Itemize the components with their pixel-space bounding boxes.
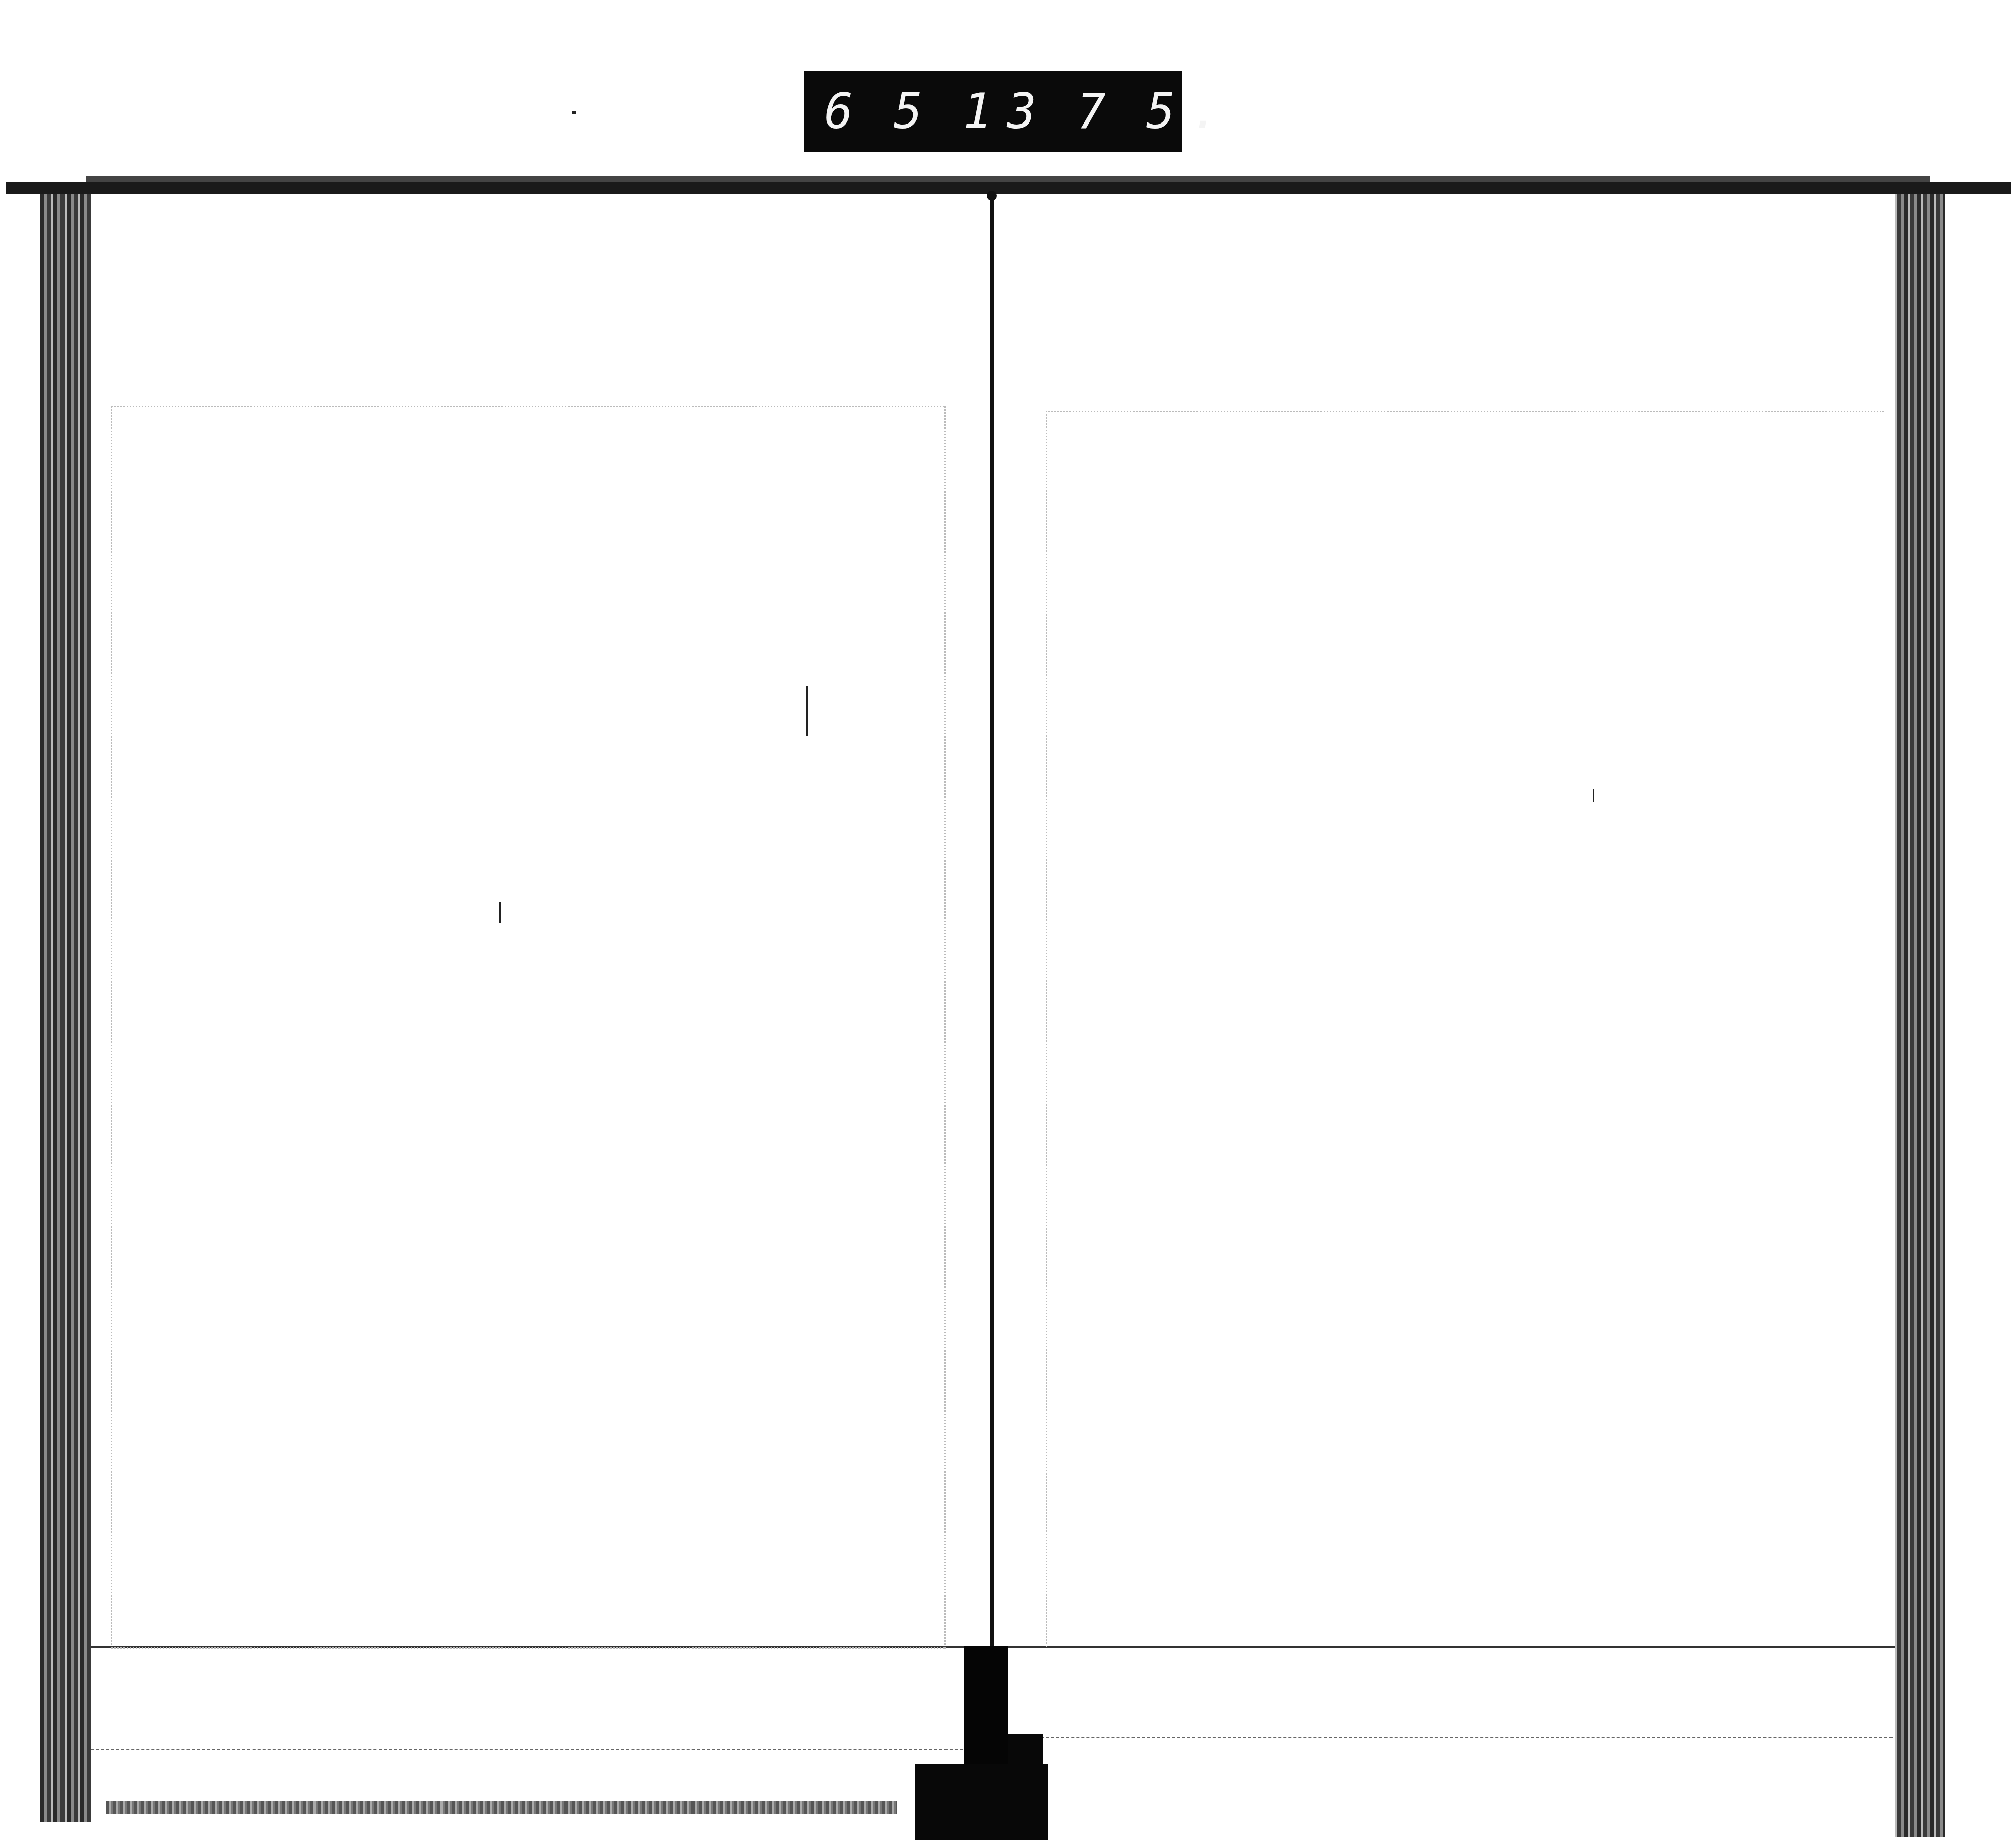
reel-number-left: 6 5 1: [824, 83, 1007, 140]
left-page-ruled-frame: [111, 406, 946, 1649]
scan-noise-strip: [106, 1801, 897, 1814]
digit: 3: [1007, 83, 1051, 140]
left-underpage: [91, 1648, 963, 1750]
right-page-edge: [1895, 194, 1945, 1837]
digit: 5: [894, 83, 938, 140]
digit: 6: [824, 83, 868, 140]
scan-speck: [499, 902, 501, 923]
book-top-edge: [6, 182, 2011, 194]
book-clamp-base: [915, 1764, 1048, 1840]
right-underpage: [1011, 1648, 1893, 1738]
digit: 7: [1077, 83, 1121, 140]
book-clamp: [964, 1646, 1008, 1767]
reel-number-right: 3 7 5.: [1007, 83, 1234, 140]
digit: 5.: [1146, 83, 1235, 140]
digit: 1: [963, 83, 1007, 140]
book-clamp-step: [1008, 1734, 1043, 1764]
gutter-top-mark: [987, 191, 997, 201]
scan-speck: [1593, 789, 1594, 802]
scan-speck: [806, 686, 808, 736]
book-gutter: [990, 194, 994, 1646]
book-top-shadow: [86, 176, 1930, 182]
scan-speck: [572, 111, 576, 114]
reel-label: 6 5 1 3 7 5.: [804, 71, 1182, 152]
right-page-ruled-frame: [1046, 411, 1884, 1647]
left-page-edge: [40, 194, 91, 1822]
